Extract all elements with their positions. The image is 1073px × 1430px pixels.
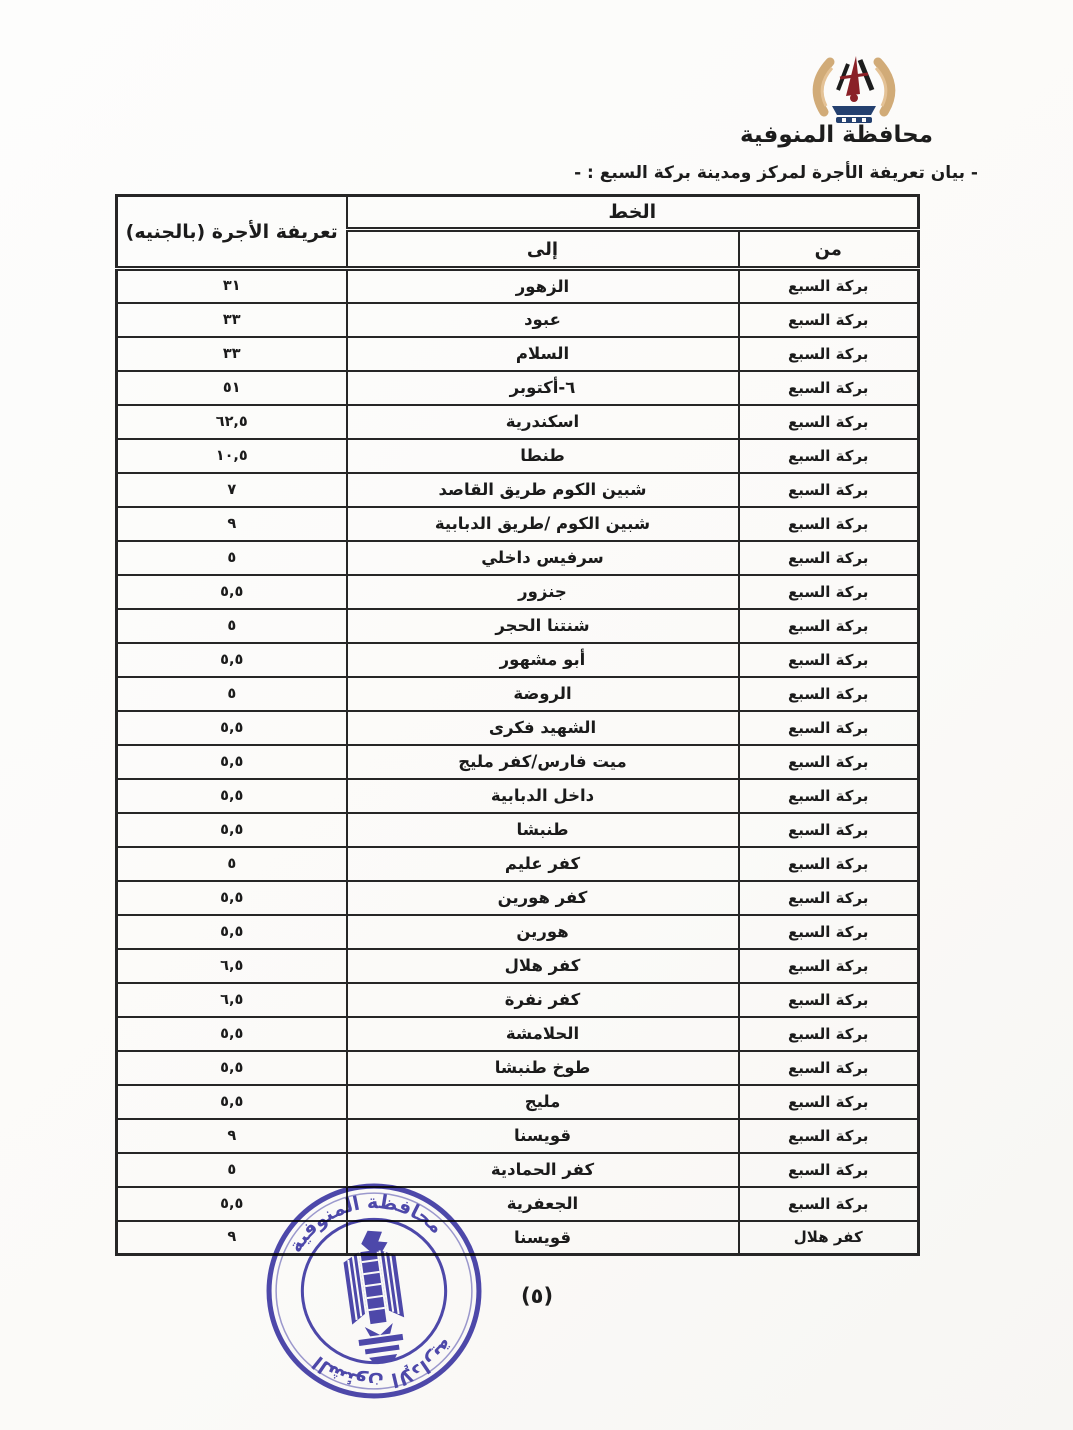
to-cell: كفر هورين xyxy=(347,881,739,915)
from-cell: بركة السبع xyxy=(739,269,919,303)
to-cell: ٦-أكتوبر xyxy=(347,371,739,405)
fare-cell: ٦٢,٥ xyxy=(117,405,347,439)
table-row: بركة السبع ميت فارس/كفر مليج ٥,٥ xyxy=(117,745,919,779)
to-cell: طوخ طنبشا xyxy=(347,1051,739,1085)
fare-cell: ٦,٥ xyxy=(117,983,347,1017)
from-cell: بركة السبع xyxy=(739,813,919,847)
table-row: بركة السبع ٦-أكتوبر ٥١ xyxy=(117,371,919,405)
from-cell: بركة السبع xyxy=(739,983,919,1017)
fare-cell: ٥,٥ xyxy=(117,643,347,677)
stamp-eagle-icon xyxy=(340,1227,410,1365)
table-row: بركة السبع هورين ٥,٥ xyxy=(117,915,919,949)
table-row: بركة السبع السلام ٣٣ xyxy=(117,337,919,371)
table-row: بركة السبع الزهور ٣١ xyxy=(117,269,919,303)
to-cell: الحلامشة xyxy=(347,1017,739,1051)
fare-cell: ٥,٥ xyxy=(117,575,347,609)
from-cell: بركة السبع xyxy=(739,405,919,439)
table-row: بركة السبع شبين الكوم /طريق الدبابية ٩ xyxy=(117,507,919,541)
to-cell: هورين xyxy=(347,915,739,949)
to-cell: جنزور xyxy=(347,575,739,609)
page-number: (٥) xyxy=(521,1284,553,1308)
to-cell: الشهيد فكرى xyxy=(347,711,739,745)
fare-cell: ٥,٥ xyxy=(117,711,347,745)
fare-cell: ٣٣ xyxy=(117,337,347,371)
to-cell: شنتنا الحجر xyxy=(347,609,739,643)
fare-cell: ٩ xyxy=(117,507,347,541)
from-cell: بركة السبع xyxy=(739,847,919,881)
table-row: بركة السبع اسكندرية ٦٢,٥ xyxy=(117,405,919,439)
table-row: بركة السبع الحلامشة ٥,٥ xyxy=(117,1017,919,1051)
fare-cell: ٦,٥ xyxy=(117,949,347,983)
fare-cell: ٥,٥ xyxy=(117,1017,347,1051)
from-cell: بركة السبع xyxy=(739,609,919,643)
from-cell: بركة السبع xyxy=(739,575,919,609)
to-cell: سرفيس داخلي xyxy=(347,541,739,575)
fare-cell: ٥,٥ xyxy=(117,745,347,779)
table-row: كفر هلال قويسنا ٩ xyxy=(117,1221,919,1255)
from-cell: بركة السبع xyxy=(739,439,919,473)
to-cell: داخل الدبابية xyxy=(347,779,739,813)
fare-cell: ٥,٥ xyxy=(117,779,347,813)
to-cell: شبين الكوم /طريق الدبابية xyxy=(347,507,739,541)
table-row: بركة السبع داخل الدبابية ٥,٥ xyxy=(117,779,919,813)
from-cell: بركة السبع xyxy=(739,1187,919,1221)
from-cell: بركة السبع xyxy=(739,371,919,405)
from-cell: بركة السبع xyxy=(739,337,919,371)
to-cell: طنطا xyxy=(347,439,739,473)
to-cell: الزهور xyxy=(347,269,739,303)
column-header-from: من xyxy=(739,230,919,269)
fare-cell: ٥ xyxy=(117,541,347,575)
from-cell: بركة السبع xyxy=(739,473,919,507)
table-row: بركة السبع أبو مشهور ٥,٥ xyxy=(117,643,919,677)
table-row: بركة السبع الشهيد فكرى ٥,٥ xyxy=(117,711,919,745)
fare-cell: ٩ xyxy=(117,1119,347,1153)
to-cell: طنبشا xyxy=(347,813,739,847)
table-row: بركة السبع طنطا ١٠,٥ xyxy=(117,439,919,473)
table-row: بركة السبع شنتنا الحجر ٥ xyxy=(117,609,919,643)
to-cell: ميت فارس/كفر مليج xyxy=(347,745,739,779)
table-row: بركة السبع كفر الحمادية ٥ xyxy=(117,1153,919,1187)
fare-cell: ٥,٥ xyxy=(117,915,347,949)
fare-cell: ٧ xyxy=(117,473,347,507)
to-cell: شبين الكوم طريق القاصد xyxy=(347,473,739,507)
scanned-document-page: محافظة المنوفية - بيان تعريفة الأجرة لمر… xyxy=(0,0,1073,1430)
column-header-line: الخط xyxy=(347,196,919,230)
to-cell: السلام xyxy=(347,337,739,371)
document-subtitle: - بيان تعريفة الأجرة لمركز ومدينة بركة ا… xyxy=(574,163,978,183)
official-stamp-icon: محافظة المنوفية الشئون الإدارية xyxy=(249,1166,500,1417)
to-cell: كفر نفرة xyxy=(347,983,739,1017)
from-cell: بركة السبع xyxy=(739,677,919,711)
table-row: بركة السبع كفر نفرة ٦,٥ xyxy=(117,983,919,1017)
to-cell: اسكندرية xyxy=(347,405,739,439)
from-cell: بركة السبع xyxy=(739,1153,919,1187)
table-row: بركة السبع عبود ٣٣ xyxy=(117,303,919,337)
governorate-title: محافظة المنوفية xyxy=(740,122,933,148)
to-cell: عبود xyxy=(347,303,739,337)
fare-cell: ٥,٥ xyxy=(117,881,347,915)
from-cell: كفر هلال xyxy=(739,1221,919,1255)
from-cell: بركة السبع xyxy=(739,745,919,779)
from-cell: بركة السبع xyxy=(739,1017,919,1051)
to-cell: كفر عليم xyxy=(347,847,739,881)
fare-cell: ٣١ xyxy=(117,269,347,303)
from-cell: بركة السبع xyxy=(739,507,919,541)
to-cell: قويسنا xyxy=(347,1119,739,1153)
from-cell: بركة السبع xyxy=(739,915,919,949)
from-cell: بركة السبع xyxy=(739,949,919,983)
column-header-fare: تعريفة الأجرة (بالجنيه) xyxy=(117,196,347,269)
fare-cell: ٥ xyxy=(117,677,347,711)
fare-table: الخط تعريفة الأجرة (بالجنيه) من إلى بركة… xyxy=(115,194,920,1256)
table-row: بركة السبع كفر هلال ٦,٥ xyxy=(117,949,919,983)
table-row: بركة السبع قويسنا ٩ xyxy=(117,1119,919,1153)
table-row: بركة السبع كفر عليم ٥ xyxy=(117,847,919,881)
to-cell: كفر هلال xyxy=(347,949,739,983)
from-cell: بركة السبع xyxy=(739,779,919,813)
fare-cell: ٥١ xyxy=(117,371,347,405)
table-row: بركة السبع سرفيس داخلي ٥ xyxy=(117,541,919,575)
from-cell: بركة السبع xyxy=(739,303,919,337)
fare-cell: ٥ xyxy=(117,1153,347,1187)
table-row: بركة السبع طنبشا ٥,٥ xyxy=(117,813,919,847)
from-cell: بركة السبع xyxy=(739,1119,919,1153)
table-row: بركة السبع الجعفرية ٥,٥ xyxy=(117,1187,919,1221)
table-row: بركة السبع شبين الكوم طريق القاصد ٧ xyxy=(117,473,919,507)
stamp-graphic: محافظة المنوفية الشئون الإدارية xyxy=(249,1166,500,1417)
fare-cell: ١٠,٥ xyxy=(117,439,347,473)
from-cell: بركة السبع xyxy=(739,711,919,745)
table-header-row-line: الخط تعريفة الأجرة (بالجنيه) xyxy=(117,196,919,230)
table-row: بركة السبع مليج ٥,٥ xyxy=(117,1085,919,1119)
fare-cell: ٥ xyxy=(117,609,347,643)
from-cell: بركة السبع xyxy=(739,541,919,575)
from-cell: بركة السبع xyxy=(739,643,919,677)
fare-cell: ٥,٥ xyxy=(117,1051,347,1085)
to-cell: الروضة xyxy=(347,677,739,711)
fare-cell: ٣٣ xyxy=(117,303,347,337)
fare-cell: ٥,٥ xyxy=(117,1085,347,1119)
to-cell: مليج xyxy=(347,1085,739,1119)
fare-cell: ٥,٥ xyxy=(117,813,347,847)
table-row: بركة السبع كفر هورين ٥,٥ xyxy=(117,881,919,915)
to-cell: أبو مشهور xyxy=(347,643,739,677)
table-row: بركة السبع الروضة ٥ xyxy=(117,677,919,711)
from-cell: بركة السبع xyxy=(739,1051,919,1085)
from-cell: بركة السبع xyxy=(739,881,919,915)
column-header-to: إلى xyxy=(347,230,739,269)
from-cell: بركة السبع xyxy=(739,1085,919,1119)
table-row: بركة السبع جنزور ٥,٥ xyxy=(117,575,919,609)
fare-cell: ٥ xyxy=(117,847,347,881)
table-row: بركة السبع طوخ طنبشا ٥,٥ xyxy=(117,1051,919,1085)
